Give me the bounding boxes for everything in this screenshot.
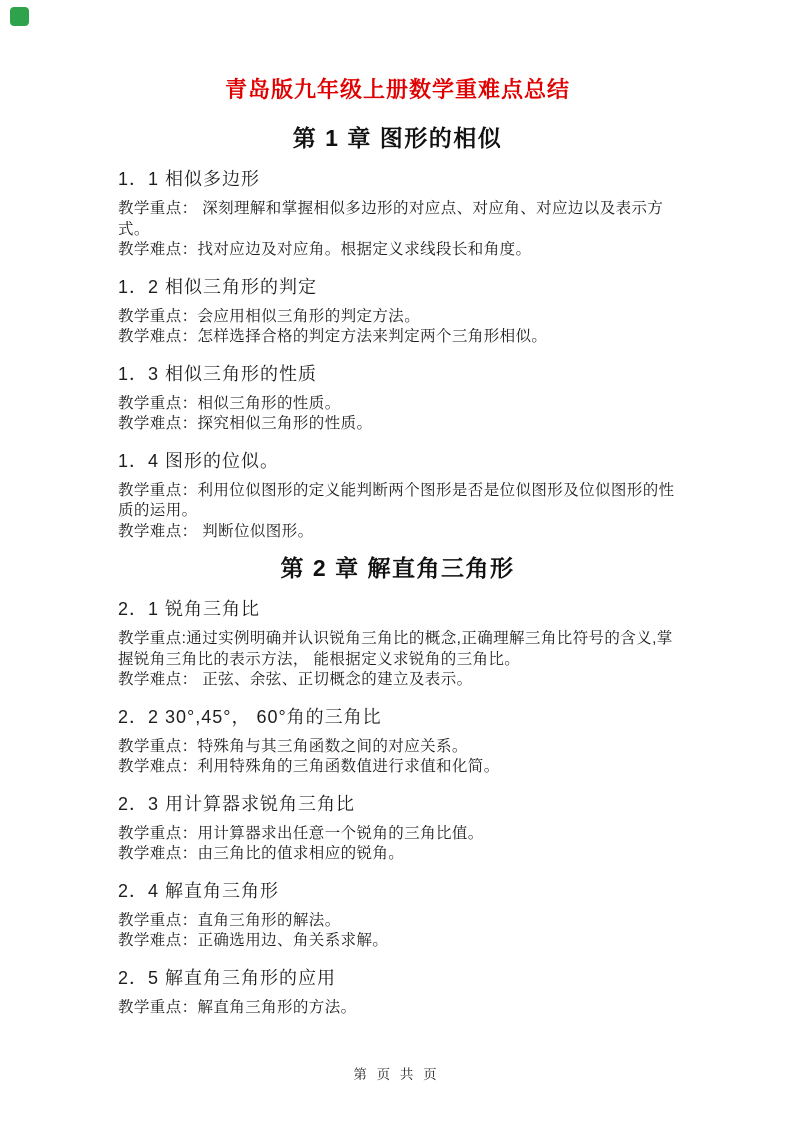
section-2-2-difficulty: 教学难点：利用特殊角的三角函数值进行求值和化简。	[118, 757, 677, 778]
section-2-2-key-point: 教学重点：特殊角与其三角函数之间的对应关系。	[118, 737, 677, 758]
section-1-2-heading: 1．2 相似三角形的判定	[118, 276, 677, 298]
document-page: 青岛版九年级上册数学重难点总结 第 1 章 图形的相似 1．1 相似多边形 教学…	[0, 0, 793, 1122]
section-1-3-key-point: 教学重点：相似三角形的性质。	[118, 394, 677, 415]
section-2-4-key-point: 教学重点：直角三角形的解法。	[118, 911, 677, 932]
document-title: 青岛版九年级上册数学重难点总结	[118, 76, 677, 104]
section-1-1-heading: 1．1 相似多边形	[118, 168, 677, 190]
chapter-2-title: 第 2 章 解直角三角形	[118, 553, 677, 583]
section-2-2-heading: 2．2 30°,45°， 60°角的三角比	[118, 706, 677, 728]
section-2-3-key-point: 教学重点：用计算器求出任意一个锐角的三角比值。	[118, 824, 677, 845]
page-footer: 第 页 共 页	[0, 1063, 793, 1083]
section-1-2-key-point: 教学重点：会应用相似三角形的判定方法。	[118, 307, 677, 328]
section-2-4-difficulty: 教学难点：正确选用边、角关系求解。	[118, 931, 677, 952]
section-1-4-heading: 1．4 图形的位似。	[118, 450, 677, 472]
section-2-5-heading: 2．5 解直角三角形的应用	[118, 967, 677, 989]
section-1-3-difficulty: 教学难点：探究相似三角形的性质。	[118, 414, 677, 435]
section-2-4-heading: 2．4 解直角三角形	[118, 880, 677, 902]
section-2-1-key-point: 教学重点:通过实例明确并认识锐角三角比的概念,正确理解三角比符号的含义,掌握锐角…	[118, 629, 677, 670]
section-1-2-difficulty: 教学难点：怎样选择合格的判定方法来判定两个三角形相似。	[118, 327, 677, 348]
chapter-1-title: 第 1 章 图形的相似	[118, 123, 677, 153]
document-badge-icon	[10, 7, 29, 26]
section-1-4-key-point: 教学重点：利用位似图形的定义能判断两个图形是否是位似图形及位似图形的性质的运用。	[118, 481, 677, 522]
section-2-1-difficulty: 教学难点： 正弦、余弦、正切概念的建立及表示。	[118, 670, 677, 691]
section-2-1-heading: 2．1 锐角三角比	[118, 598, 677, 620]
document-content: 青岛版九年级上册数学重难点总结 第 1 章 图形的相似 1．1 相似多边形 教学…	[0, 0, 793, 1018]
section-2-3-heading: 2．3 用计算器求锐角三角比	[118, 793, 677, 815]
section-1-4-difficulty: 教学难点： 判断位似图形。	[118, 522, 677, 543]
section-1-1-key-point: 教学重点： 深刻理解和掌握相似多边形的对应点、对应角、对应边以及表示方式。	[118, 199, 677, 240]
section-1-3-heading: 1．3 相似三角形的性质	[118, 363, 677, 385]
section-1-1-difficulty: 教学难点：找对应边及对应角。根据定义求线段长和角度。	[118, 240, 677, 261]
section-2-5-key-point: 教学重点：解直角三角形的方法。	[118, 998, 677, 1019]
section-2-3-difficulty: 教学难点：由三角比的值求相应的锐角。	[118, 844, 677, 865]
